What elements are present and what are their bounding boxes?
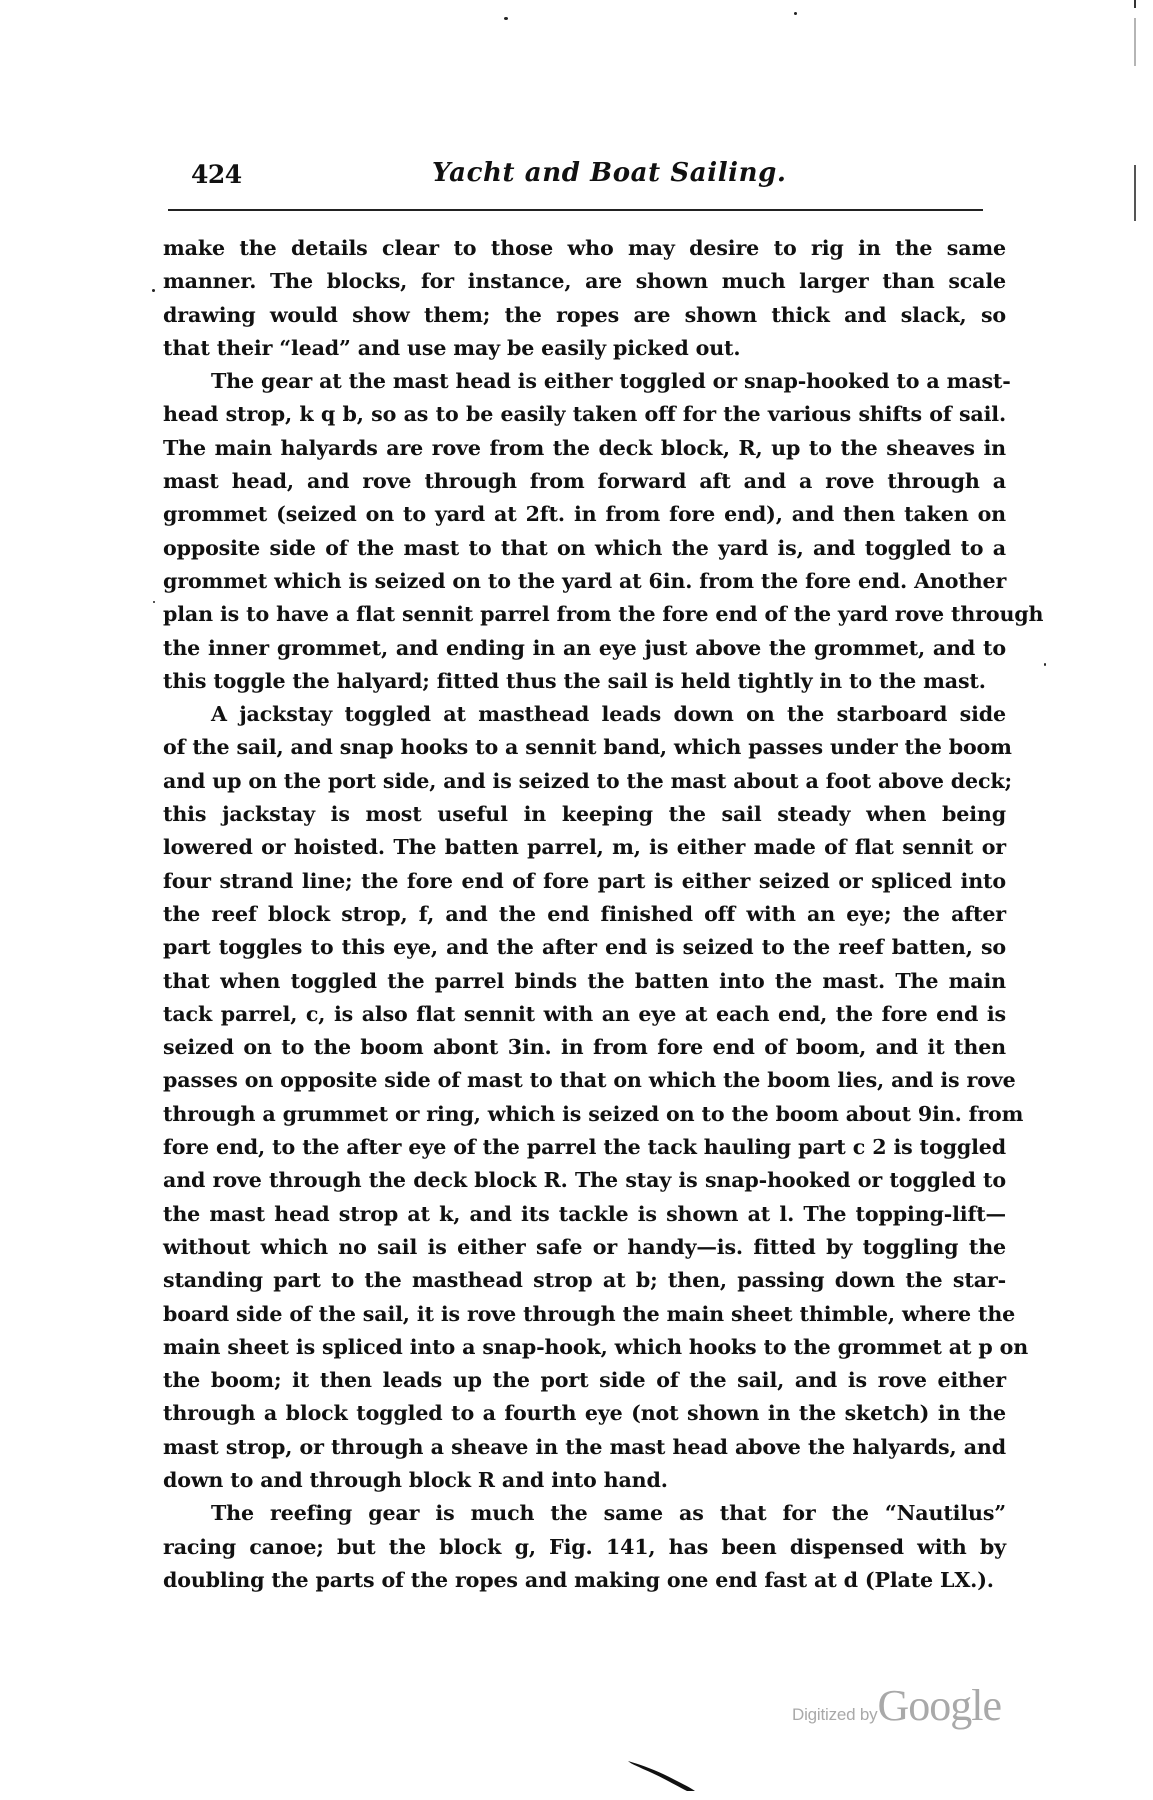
page-number: 424 [191, 160, 242, 189]
text-line: main sheet is spliced into a snap-hook, … [163, 1331, 1006, 1364]
text-line: fore end, to the after eye of the parrel… [163, 1131, 1006, 1164]
text-line: drawing would show them; the ropes are s… [163, 299, 1006, 332]
text-line: that when toggled the parrel binds the b… [163, 965, 1006, 998]
text-line: this toggle the halyard; fitted thus the… [163, 665, 1006, 698]
text-line: this jackstay is most useful in keeping … [163, 798, 1006, 831]
body-text: make the details clear to those who may … [163, 232, 1006, 1597]
text-line: four strand line; the fore end of fore p… [163, 865, 1006, 898]
text-line: the boom; it then leads up the port side… [163, 1364, 1006, 1397]
text-line: of the sail, and snap hooks to a sennit … [163, 731, 1006, 764]
text-line: mast head, and rove through from forward… [163, 465, 1006, 498]
text-line: through a grummet or ring, which is seiz… [163, 1098, 1006, 1131]
text-line: without which no sail is either safe or … [163, 1231, 1006, 1264]
text-line: plan is to have a flat sennit parrel fro… [163, 598, 1006, 631]
text-line: grommet which is seized on to the yard a… [163, 565, 1006, 598]
text-line: opposite side of the mast to that on whi… [163, 532, 1006, 565]
scan-edge-mark [1134, 0, 1136, 8]
scan-speck [153, 601, 155, 603]
text-line: passes on opposite side of mast to that … [163, 1064, 1006, 1097]
text-line: The main halyards are rove from the deck… [163, 432, 1006, 465]
scan-edge-mark [1134, 165, 1136, 221]
text-line: doubling the parts of the ropes and maki… [163, 1564, 1006, 1597]
text-line: the mast head strop at k, and its tackle… [163, 1198, 1006, 1231]
text-line: tack parrel, c, is also flat sennit with… [163, 998, 1006, 1031]
text-line: part toggles to this eye, and the after … [163, 931, 1006, 964]
text-line: racing canoe; but the block g, Fig. 141,… [163, 1531, 1006, 1564]
pen-stroke-mark [625, 1758, 705, 1798]
text-line: A jackstay toggled at masthead leads dow… [163, 698, 1006, 731]
text-line: make the details clear to those who may … [163, 232, 1006, 265]
running-title: Yacht and Boat Sailing. [432, 158, 752, 188]
scan-speck [152, 289, 155, 292]
scan-edge-mark [1134, 18, 1136, 66]
text-line: head strop, k q b, so as to be easily ta… [163, 398, 1006, 431]
text-line: the reef block strop, f, and the end fin… [163, 898, 1006, 931]
text-line: manner. The blocks, for instance, are sh… [163, 265, 1006, 298]
text-line: lowered or hoisted. The batten parrel, m… [163, 831, 1006, 864]
text-line: and up on the port side, and is seized t… [163, 765, 1006, 798]
scan-speck [504, 17, 508, 20]
digitized-by-watermark: Digitized byGoogle [792, 1680, 1001, 1731]
watermark-prefix: Digitized by [792, 1705, 877, 1724]
book-page: 424 Yacht and Boat Sailing. make the det… [0, 0, 1153, 1800]
text-line: through a block toggled to a fourth eye … [163, 1397, 1006, 1430]
text-line: seized on to the boom abont 3in. in from… [163, 1031, 1006, 1064]
scan-speck [1044, 663, 1046, 666]
text-line: and rove through the deck block R. The s… [163, 1164, 1006, 1197]
text-line: down to and through block R and into han… [163, 1464, 1006, 1497]
paragraph: A jackstay toggled at masthead leads dow… [163, 698, 1006, 1497]
text-line: The reefing gear is much the same as tha… [163, 1497, 1006, 1530]
text-line: that their “lead” and use may be easily … [163, 332, 1006, 365]
paragraph: The gear at the mast head is either togg… [163, 365, 1006, 698]
google-logo-text: Google [877, 1681, 1001, 1730]
text-line: The gear at the mast head is either togg… [163, 365, 1006, 398]
text-line: grommet (seized on to yard at 2ft. in fr… [163, 498, 1006, 531]
paragraph: make the details clear to those who may … [163, 232, 1006, 365]
header-rule [168, 209, 983, 211]
text-line: mast strop, or through a sheave in the m… [163, 1431, 1006, 1464]
scan-speck [794, 12, 797, 15]
text-line: the inner grommet, and ending in an eye … [163, 632, 1006, 665]
paragraph: The reefing gear is much the same as tha… [163, 1497, 1006, 1597]
text-line: standing part to the masthead strop at b… [163, 1264, 1006, 1297]
text-line: board side of the sail, it is rove throu… [163, 1298, 1006, 1331]
